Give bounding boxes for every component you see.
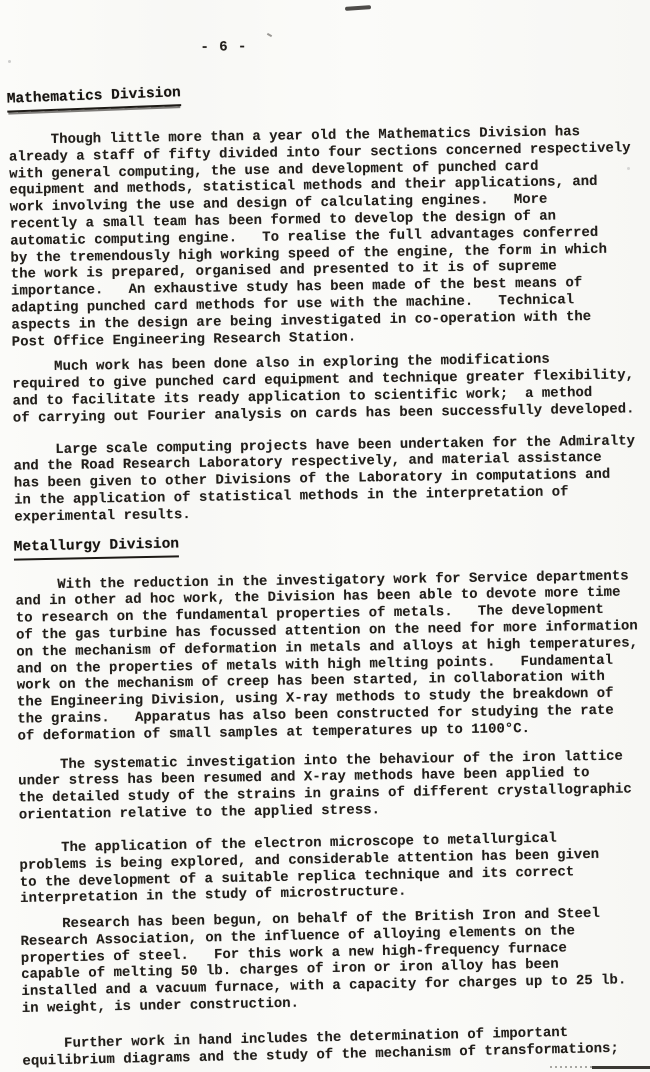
document-page: - 6 - Mathematics Division Though little… bbox=[0, 0, 650, 1072]
scan-speck bbox=[8, 60, 11, 63]
section-heading-text: Mathematics Division bbox=[6, 83, 181, 113]
page-content: - 6 - Mathematics Division Though little… bbox=[0, 0, 650, 5]
section-heading: Metallurgy Division bbox=[8, 526, 650, 560]
paragraph: With the reduction in the investigatory … bbox=[8, 567, 650, 745]
scan-mark-bottom-edge bbox=[592, 1066, 650, 1069]
section: Metallurgy Division With the reduction i… bbox=[8, 526, 650, 1068]
section-heading: Mathematics Division bbox=[1, 79, 650, 113]
scan-mark-bottom-edge-dotted bbox=[550, 1066, 594, 1068]
paragraph: The systematic investigation into the be… bbox=[11, 747, 650, 824]
scan-speck bbox=[627, 167, 630, 170]
paragraph: Large scale computing projects have been… bbox=[6, 432, 650, 526]
paragraph: Though little more than a year old the M… bbox=[2, 123, 650, 351]
paragraph: The application of the electron microsco… bbox=[12, 828, 650, 908]
paragraph: Much work has been done also in explorin… bbox=[5, 350, 650, 427]
paragraph: Further work in hand includes the determ… bbox=[15, 1022, 650, 1070]
section-heading-text: Metallurgy Division bbox=[14, 534, 180, 560]
sections-container: Mathematics Division Though little more … bbox=[0, 0, 650, 1068]
section: Mathematics Division Though little more … bbox=[1, 79, 650, 526]
paragraph: Research has been begun, on behalf of th… bbox=[13, 904, 650, 1018]
